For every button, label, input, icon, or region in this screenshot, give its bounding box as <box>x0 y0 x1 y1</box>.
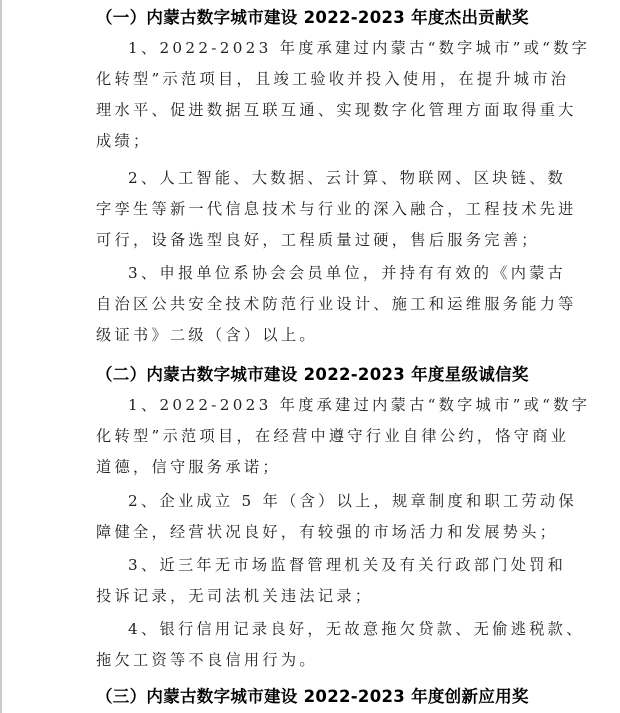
text-line: 障健全，经营状况良好，有较强的市场活力和发展势头； <box>96 517 526 548</box>
text-line: 化转型”示范项目，在经营中遵守行业自律公约，恪守商业 <box>96 421 526 452</box>
text-line: 4、银行信用记录良好，无故意拖欠贷款、无偷逃税款、 <box>96 614 526 645</box>
criteria-item: 3、申报单位系协会会员单位，并持有有效的《内蒙古 自治区公共安全技术防范行业设计… <box>96 258 526 351</box>
text-line: 2、企业成立 5 年（含）以上，规章制度和职工劳动保 <box>96 486 526 517</box>
text-line: 道德，信守服务承诺； <box>96 452 526 483</box>
text-line: 拖欠工资等不良信用行为。 <box>96 645 526 676</box>
criteria-item: 2、人工智能、大数据、云计算、物联网、区块链、数 字孪生等新一代信息技术与行业的… <box>96 163 526 256</box>
text-line: 成绩； <box>96 126 526 157</box>
text-line: 2、人工智能、大数据、云计算、物联网、区块链、数 <box>96 163 526 194</box>
criteria-item: 3、近三年无市场监督管理机关及有关行政部门处罚和 投诉记录，无司法机关违法记录； <box>96 550 526 612</box>
text-line: 投诉记录，无司法机关违法记录； <box>96 581 526 612</box>
text-line: 级证书》二级（含）以上。 <box>96 320 526 351</box>
criteria-item: 1、2022-2023 年度承建过内蒙古“数字城市”或“数字 化转型”示范项目，… <box>96 390 526 483</box>
text-line: 3、近三年无市场监督管理机关及有关行政部门处罚和 <box>96 550 526 581</box>
criteria-item: 1、2022-2023 年度承建过内蒙古“数字城市”或“数字 化转型”示范项目，… <box>96 33 526 157</box>
text-line: 可行，设备选型良好，工程质量过硬，售后服务完善； <box>96 225 526 256</box>
text-line: 理水平、促进数据互联互通、实现数字化管理方面取得重大 <box>96 95 526 126</box>
section-heading-innovative-application: （三）内蒙古数字城市建设 2022-2023 年度创新应用奖 <box>96 686 526 708</box>
criteria-item: 2、企业成立 5 年（含）以上，规章制度和职工劳动保 障健全，经营状况良好，有较… <box>96 486 526 548</box>
section-heading-star-integrity: （二）内蒙古数字城市建设 2022-2023 年度星级诚信奖 <box>96 364 526 386</box>
text-line: 字孪生等新一代信息技术与行业的深入融合，工程技术先进 <box>96 194 526 225</box>
text-line: 3、申报单位系协会会员单位，并持有有效的《内蒙古 <box>96 258 526 289</box>
criteria-item: 4、银行信用记录良好，无故意拖欠贷款、无偷逃税款、 拖欠工资等不良信用行为。 <box>96 614 526 676</box>
left-edge-strip <box>0 0 2 713</box>
text-line: 自治区公共安全技术防范行业设计、施工和运维服务能力等 <box>96 289 526 320</box>
text-line: 1、2022-2023 年度承建过内蒙古“数字城市”或“数字 <box>96 33 526 64</box>
text-line: 1、2022-2023 年度承建过内蒙古“数字城市”或“数字 <box>96 390 526 421</box>
text-line: 化转型”示范项目，且竣工验收并投入使用，在提升城市治 <box>96 64 526 95</box>
section-heading-outstanding-contribution: （一）内蒙古数字城市建设 2022-2023 年度杰出贡献奖 <box>96 7 526 29</box>
